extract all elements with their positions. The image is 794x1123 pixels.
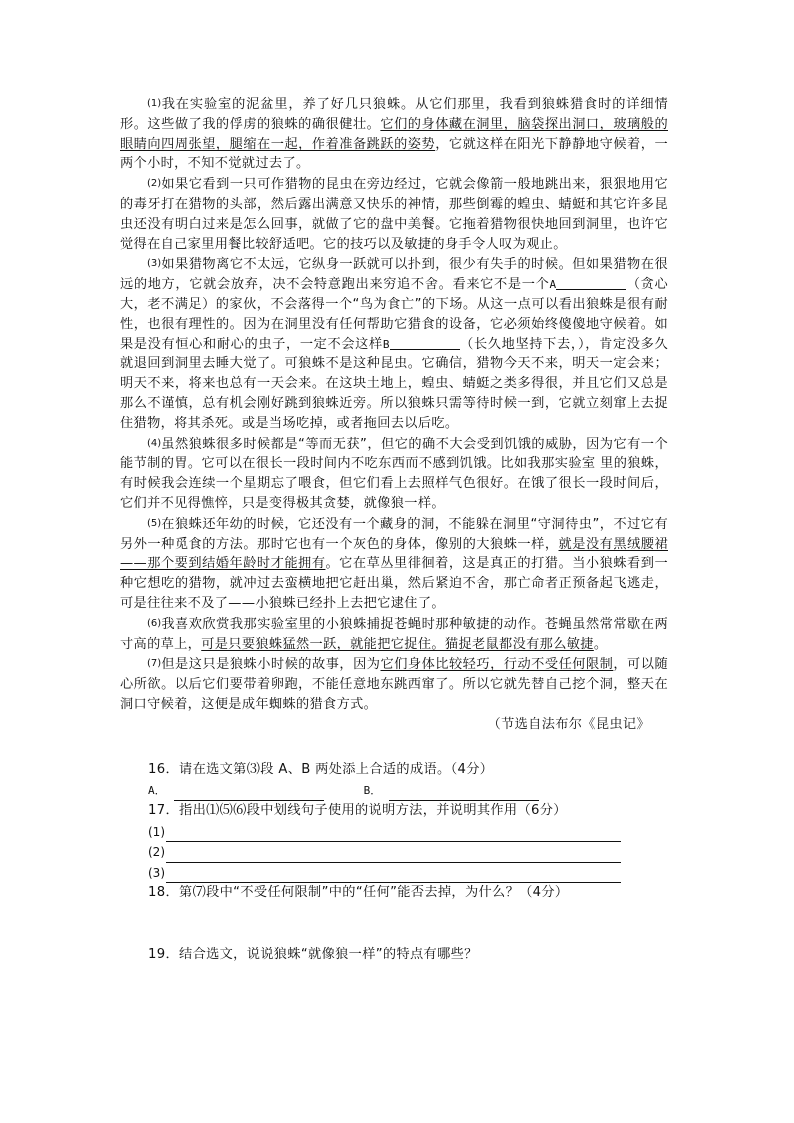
question-text: 请在选文第⑶段 A、B 两处添上合适的成语。（4分） xyxy=(179,762,493,777)
paragraph-3: (3)如果猎物离它不太远，它纵身一跃就可以扑到，很少有失手的时候。但如果猎物在很… xyxy=(120,254,668,433)
paragraph-number: (5) xyxy=(147,518,161,529)
paragraph-number: (2) xyxy=(147,178,161,189)
question-number: 19． xyxy=(148,947,179,962)
answer-blank[interactable] xyxy=(166,826,621,842)
answer-a-blank[interactable] xyxy=(174,786,324,801)
paragraph-4: (4)虽然狼蛛很多时候都是“等而无获”，但它的确不大会受到饥饿的威胁，因为它有一… xyxy=(120,434,668,514)
paragraph-text: 如果它看到一只可作猎物的昆虫在旁边经过，它就会像箭一般地跳出来，狠狠地用它的毒牙… xyxy=(120,177,668,251)
paragraph-1: (1)我在实验室的泥盆里，养了好几只狼蛛。从它们那里，我看到狼蛛猎食时的详细情形… xyxy=(120,94,668,174)
paragraph-number: (4) xyxy=(147,438,161,449)
answer-line-1: (1) xyxy=(148,822,628,843)
source-citation: （节选自法布尔《昆虫记》 xyxy=(120,715,668,735)
paragraph-2: (2)如果它看到一只可作猎物的昆虫在旁边经过，它就会像箭一般地跳出来，狠狠地用它… xyxy=(120,174,668,254)
question-text: 第⑺段中“不受任何限制”中的“任何”能否去掉，为什么？（4分） xyxy=(179,885,568,900)
question-18: 18．第⑺段中“不受任何限制”中的“任何”能否去掉，为什么？（4分） xyxy=(148,883,628,904)
fill-in-blank[interactable] xyxy=(556,276,626,290)
underlined-sentence: 可是只要狼蛛猛然一跃，就能把它捉住。猫捉老鼠都没有那么敏捷 xyxy=(201,637,594,652)
fill-in-blank[interactable] xyxy=(390,336,460,350)
paragraph-text: 虽然狼蛛很多时候都是“等而无获”，但它的确不大会受到饥饿的威胁，因为它有一个能节… xyxy=(120,437,668,511)
answer-blank[interactable] xyxy=(166,867,621,883)
blank-label: B xyxy=(383,338,390,351)
paragraph-7: (7)但是这只是狼蛛小时候的故事，因为它们身体比较轻巧，行动不受任何限制，可以随… xyxy=(120,654,668,714)
question-number: 17． xyxy=(148,803,179,818)
question-number: 16． xyxy=(148,762,179,777)
answer-a-label: A． xyxy=(148,781,166,802)
answer-label: (3) xyxy=(148,863,165,884)
paragraph-6: (6)我喜欢欣赏我那实验室里的小狼蛛捕捉苍蝇时那种敏捷的动作。苍蝇虽然常常歇在两… xyxy=(120,614,668,655)
answer-label: (1) xyxy=(148,822,165,843)
underlined-sentence: 它们身体比较轻巧，行动不受任何限制 xyxy=(381,657,614,672)
question-16: 16．请在选文第⑶段 A、B 两处添上合适的成语。（4分） xyxy=(148,760,628,781)
answer-blank[interactable] xyxy=(166,847,621,863)
answer-line-2: (2) xyxy=(148,842,628,863)
answer-b-label: B． xyxy=(364,781,382,802)
question-number: 18． xyxy=(148,885,179,900)
answer-line-3: (3) xyxy=(148,863,628,884)
article: (1)我在实验室的泥盆里，养了好几只狼蛛。从它们那里，我看到狼蛛猎食时的详细情形… xyxy=(120,94,668,735)
paragraph-5: (5)在狼蛛还年幼的时候，它还没有一个藏身的洞，不能躲在洞里“守洞待虫”，不过它… xyxy=(120,514,668,614)
answer-b-blank[interactable] xyxy=(389,786,539,801)
paragraph-number: (6) xyxy=(147,618,161,629)
blank-label: A xyxy=(549,278,556,291)
questions-section: 16．请在选文第⑶段 A、B 两处添上合适的成语。（4分） A． B． 17．指… xyxy=(148,760,628,965)
question-text: 指出⑴⑸⑹段中划线句子使用的说明方法，并说明其作用（6分） xyxy=(179,803,567,818)
question-16-answers: A． B． xyxy=(148,781,628,802)
question-text: 结合选文，说说狼蛛“就像狼一样”的特点有哪些？ xyxy=(179,947,478,962)
question-17: 17．指出⑴⑸⑹段中划线句子使用的说明方法，并说明其作用（6分） xyxy=(148,801,628,822)
paragraph-number: (1) xyxy=(147,98,161,109)
paragraph-number: (7) xyxy=(147,658,161,669)
paragraph-text: 。 xyxy=(594,637,608,652)
answer-label: (2) xyxy=(148,842,165,863)
paragraph-text: 但是这只是狼蛛小时候的故事，因为 xyxy=(161,657,380,672)
paragraph-number: (3) xyxy=(147,258,161,269)
question-19: 19．结合选文，说说狼蛛“就像狼一样”的特点有哪些？ xyxy=(148,945,628,966)
